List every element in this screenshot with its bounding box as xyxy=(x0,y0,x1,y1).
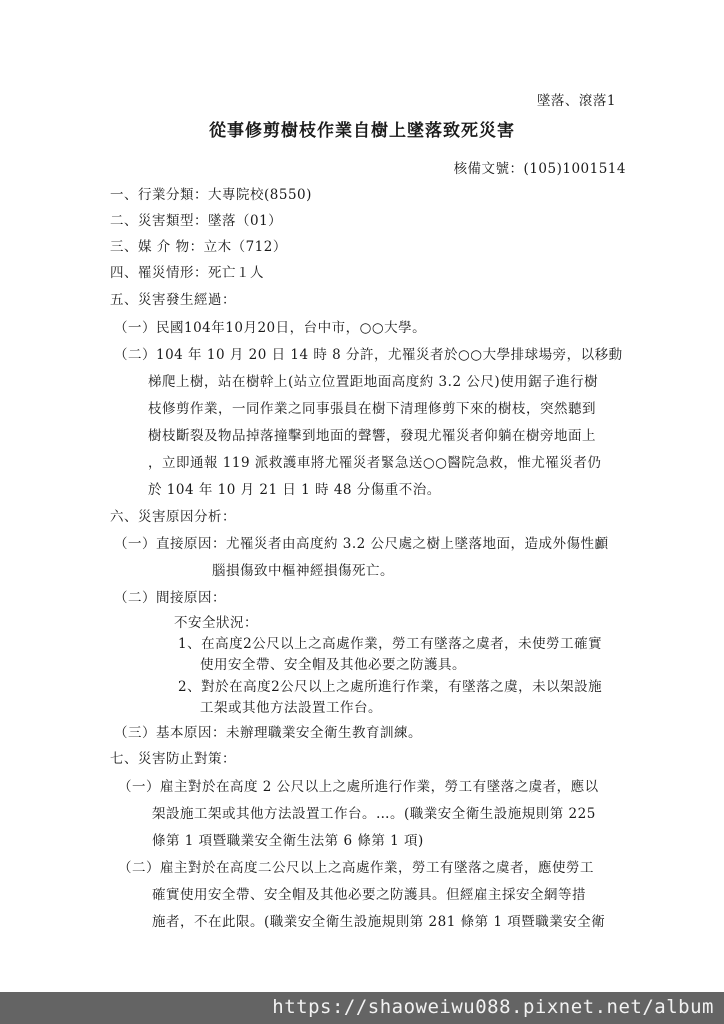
unsafe-item-1-cont: 使用安全帶、安全帽及其他必要之防護具。 xyxy=(200,656,466,674)
direct-cause-line: （一）直接原因：尤罹災者由高度約 3.2 公尺處之樹上墜落地面，造成外傷性顱 xyxy=(114,535,609,553)
process-item-1: （一）民國104年10月20日，台中市，○○大學。 xyxy=(114,319,426,337)
section-industry: 一、行業分類：大專院校(8550) xyxy=(110,186,312,204)
section-prevention-heading: 七、災害防止對策： xyxy=(110,750,236,768)
process-item-2-line: 樹枝斷裂及物品掉落撞擊到地面的聲響，發現尤罹災者仰躺在樹旁地面上 xyxy=(148,427,596,445)
section-medium: 三、媒 介 物：立木（712） xyxy=(110,238,287,256)
prevention-item-1-line: 架設施工架或其他方法設置工作台。…。(職業安全衛生設施規則第 225 xyxy=(152,805,596,823)
prevention-item-2-line: 確實使用安全帶、安全帽及其他必要之防護具。但經雇主採安全網等措 xyxy=(152,886,586,904)
doc-number: 核備文號：(105)1001514 xyxy=(454,160,626,178)
unsafe-item-1: 1、在高度2公尺以上之高處作業，勞工有墜落之虞者，未使勞工確實 xyxy=(178,635,602,653)
process-item-2-line: ，立即通報 119 派救護車將尤罹災者緊急送○○醫院急救，惟尤罹災者仍 xyxy=(148,454,601,472)
process-item-2-line: 枝修剪作業，一同作業之同事張員在樹下清理修剪下來的樹枝，突然聽到 xyxy=(148,400,596,418)
section-process-heading: 五、災害發生經過： xyxy=(110,291,236,309)
prevention-item-2-line: （二）雇主對於在高度二公尺以上之高處作業，勞工有墜落之虞者，應使勞工 xyxy=(118,859,594,877)
document-title: 從事修剪樹枝作業自樹上墜落致死災害 xyxy=(0,122,724,140)
unsafe-item-2-cont: 工架或其他方法設置工作台。 xyxy=(200,699,382,717)
section-casualties: 四、罹災情形：死亡１人 xyxy=(110,264,264,282)
document-page: 墜落、滾落1 從事修剪樹枝作業自樹上墜落致死災害 核備文號：(105)10015… xyxy=(0,0,724,992)
watermark-bar: https://shaoweiwu088.pixnet.net/album xyxy=(0,992,724,1024)
prevention-item-1-line: （一）雇主對於在高度 2 公尺以上之處所進行作業，勞工有墜落之虞者，應以 xyxy=(118,778,599,796)
basic-cause: （三）基本原因：未辦理職業安全衛生教育訓練。 xyxy=(114,724,422,742)
indirect-cause-heading: （二）間接原因： xyxy=(114,589,226,607)
watermark-url: https://shaoweiwu088.pixnet.net/album xyxy=(272,996,714,1018)
category-tag: 墜落、滾落1 xyxy=(537,92,616,110)
process-item-2-line: （二）104 年 10 月 20 日 14 時 8 分許，尤罹災者於○○大學排球… xyxy=(114,346,623,364)
direct-cause-line: 腦損傷致中樞神經損傷死亡。 xyxy=(212,562,394,580)
unsafe-item-2: 2、對於在高度2公尺以上之處所進行作業，有墜落之虞，未以架設施 xyxy=(178,678,602,696)
process-item-2-line: 於 104 年 10 月 21 日 1 時 48 分傷重不治。 xyxy=(148,481,441,499)
unsafe-condition-heading: 不安全狀況： xyxy=(174,614,258,632)
prevention-item-2-line: 施者，不在此限。(職業安全衛生設施規則第 281 條第 1 項暨職業安全衛 xyxy=(152,913,605,931)
section-cause-heading: 六、災害原因分析： xyxy=(110,508,236,526)
section-disaster-type: 二、災害類型：墜落（01） xyxy=(110,212,282,230)
prevention-item-1-line: 條第 1 項暨職業安全衛生法第 6 條第 1 項) xyxy=(152,832,424,850)
process-item-2-line: 梯爬上樹，站在樹幹上(站立位置距地面高度約 3.2 公尺)使用鋸子進行樹 xyxy=(148,373,598,391)
